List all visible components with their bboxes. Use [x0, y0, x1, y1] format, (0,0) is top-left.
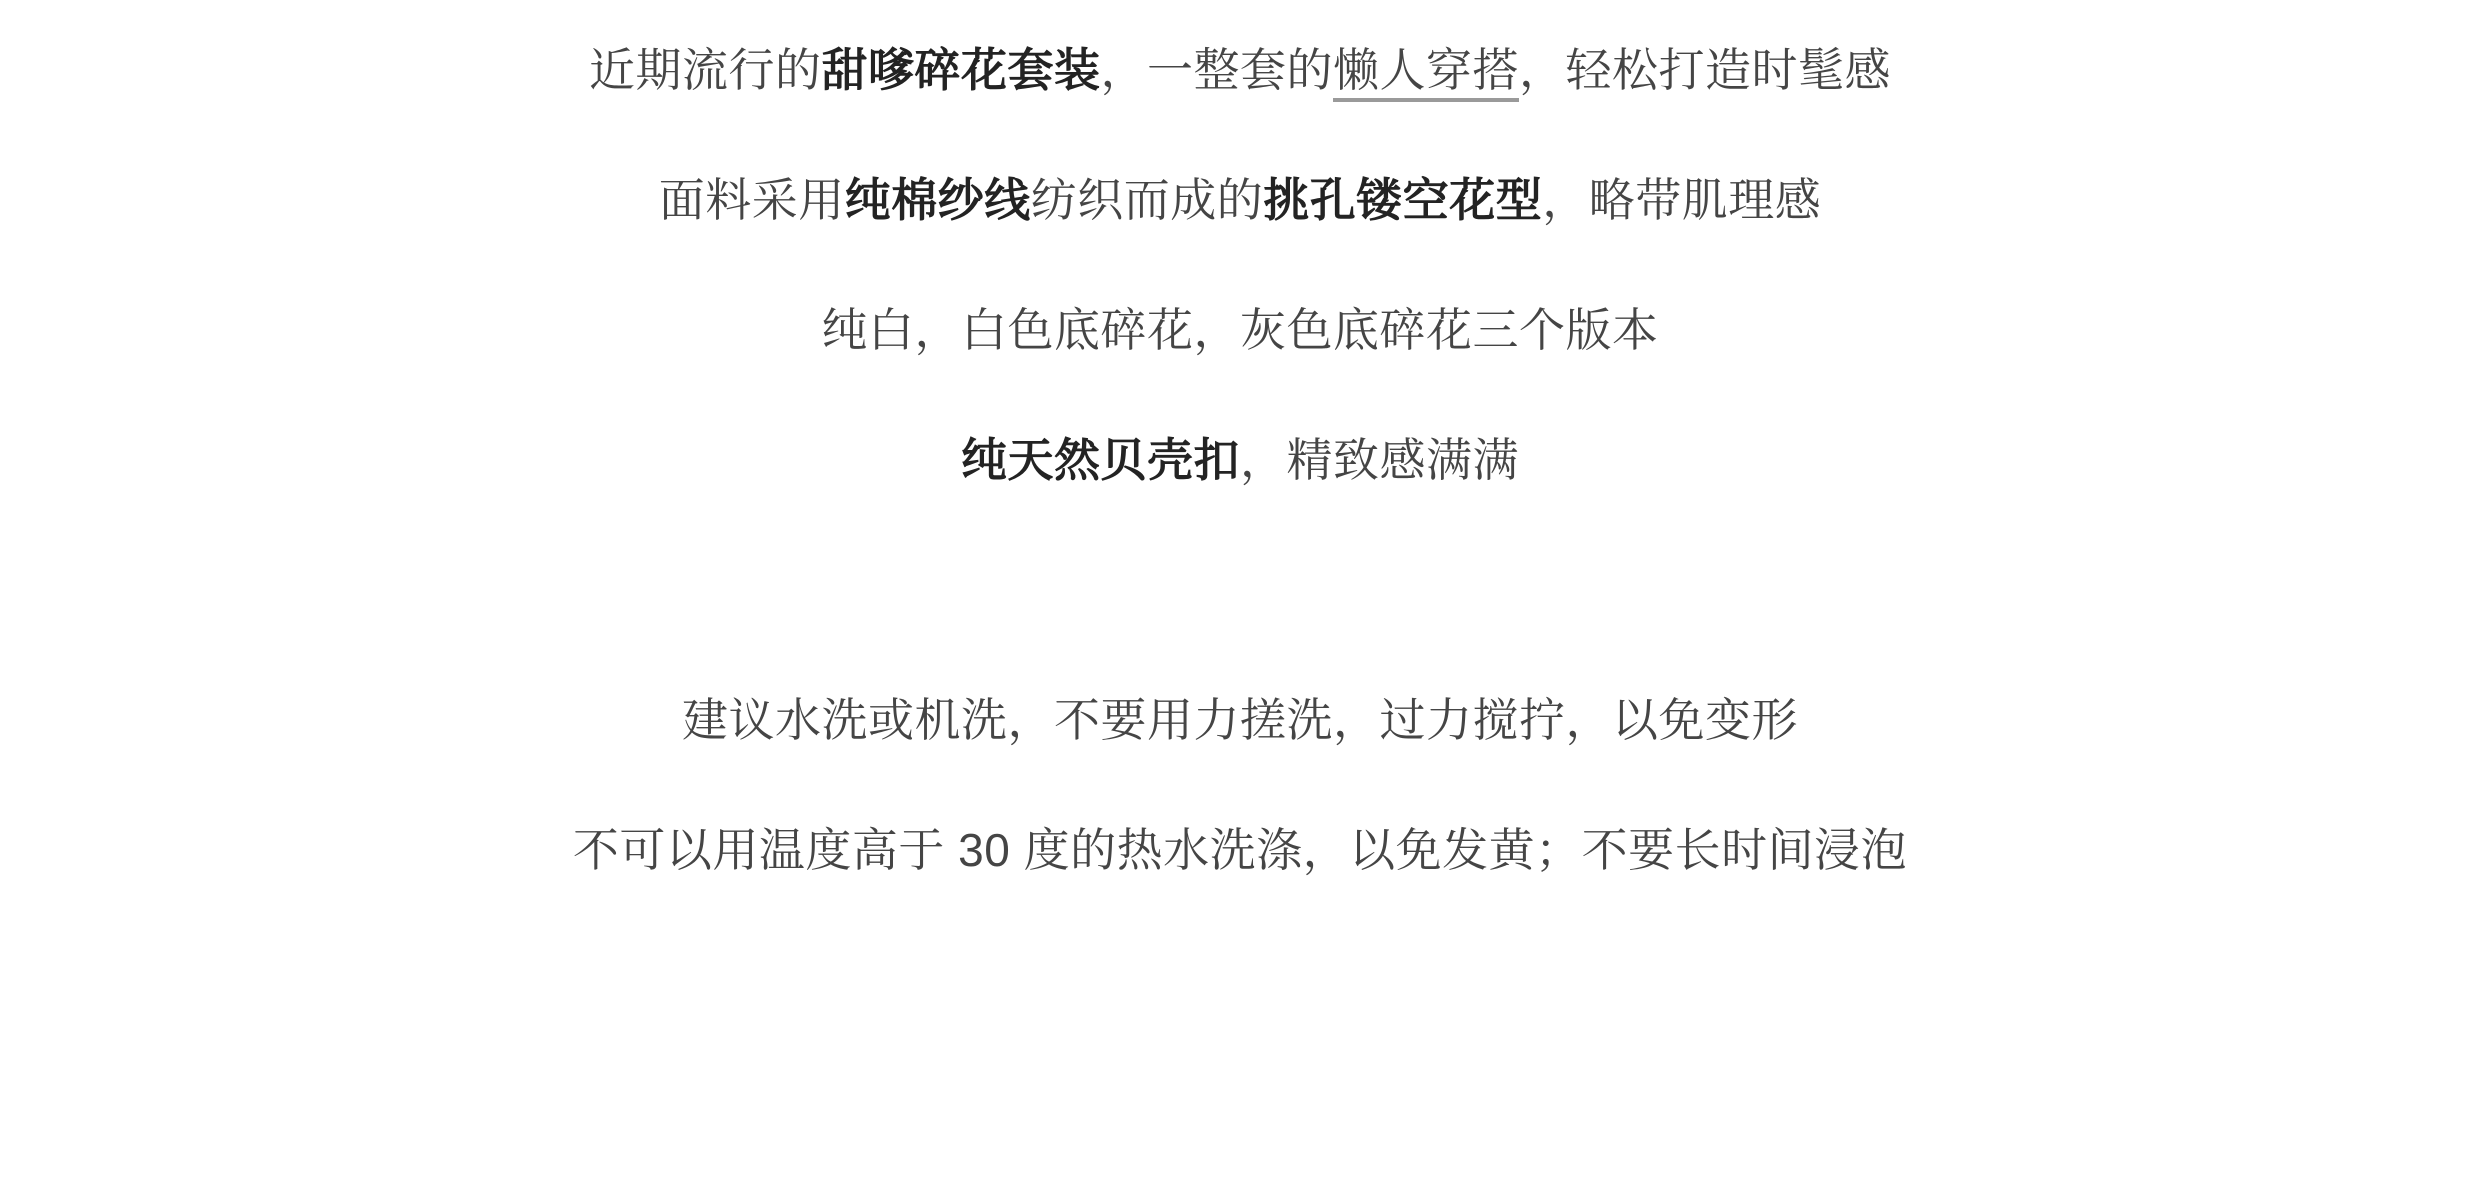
text-segment-bold: 纯天然贝壳扣	[961, 434, 1240, 486]
description-line-trend: 近期流行的甜嗲碎花套装，一整套的懒人穿搭，轻松打造时髦感	[0, 5, 2480, 135]
description-line-buttons: 纯天然贝壳扣，精致感满满	[0, 395, 2480, 525]
text-segment-bold: 挑孔镂空花型	[1263, 174, 1542, 226]
text-segment-underlined: 懒人穿搭	[1333, 44, 1519, 102]
text-segment: 面料采用	[659, 174, 845, 226]
care-line-washing: 建议水洗或机洗，不要用力搓洗，过力搅拧，以免变形	[0, 655, 2480, 785]
text-segment: ，一整套的	[1101, 44, 1334, 96]
text-segment: ，精致感满满	[1240, 434, 1519, 486]
text-segment: 近期流行的	[589, 44, 822, 96]
text-segment: 不可以用温度高于 30 度的热水洗涤，以免发黄；不要长时间浸泡	[573, 824, 1907, 876]
care-line-temperature: 不可以用温度高于 30 度的热水洗涤，以免发黄；不要长时间浸泡	[0, 785, 2480, 915]
product-description-block: 近期流行的甜嗲碎花套装，一整套的懒人穿搭，轻松打造时髦感 面料采用纯棉纱线纺织而…	[0, 0, 2480, 915]
text-segment: 建议水洗或机洗，不要用力搓洗，过力搅拧，以免变形	[682, 694, 1798, 746]
paragraph-gap	[0, 525, 2480, 655]
text-segment: ，轻松打造时髦感	[1519, 44, 1891, 96]
text-segment: 纯白，白色底碎花，灰色底碎花三个版本	[822, 304, 1659, 356]
text-segment-bold: 纯棉纱线	[845, 174, 1031, 226]
description-line-fabric: 面料采用纯棉纱线纺织而成的挑孔镂空花型，略带肌理感	[0, 135, 2480, 265]
text-segment: 纺织而成的	[1031, 174, 1264, 226]
text-segment-bold: 甜嗲碎花套装	[822, 44, 1101, 96]
description-line-colors: 纯白，白色底碎花，灰色底碎花三个版本	[0, 265, 2480, 395]
text-segment: ，略带肌理感	[1542, 174, 1821, 226]
